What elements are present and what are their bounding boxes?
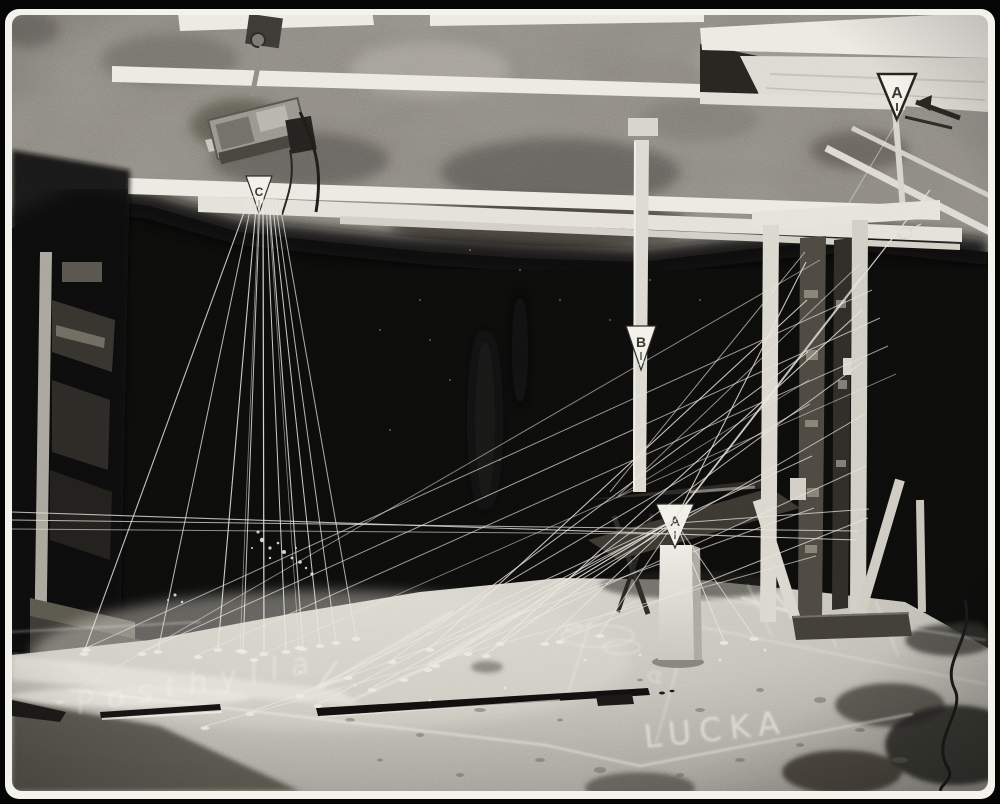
photo-content: Posthylla LUCKA E (0, 8, 1000, 804)
photo-scan: Posthylla LUCKA E (0, 0, 1000, 804)
vignette (12, 15, 988, 791)
photograph: Posthylla LUCKA E (0, 0, 1000, 804)
